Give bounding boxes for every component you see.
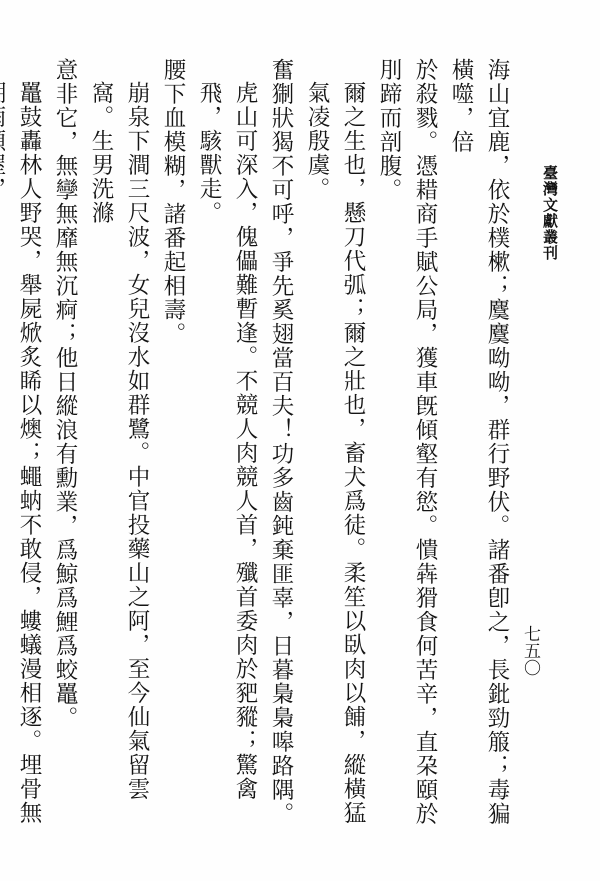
text-column: 意非它，無孿無靡無沉痾；他日縱浪有勳業，爲鯨爲鯉爲蛟鼉。	[47, 58, 83, 848]
page-number: 七五〇	[518, 625, 543, 676]
text-column: 於殺戮。憑耤商手賦公局，獲車旣傾壑有慾。憒犇猾食何苦辛，直朶頤於刖蹄而剖腹。	[371, 58, 443, 848]
text-column: 崩泉下澗三尺波，女兒沒水如群鷺。中官投藥山之阿，至今仙氣留雲窩。生男洗滌	[83, 58, 155, 848]
text-column: 鼉鼓轟林人野哭，舉屍焮炙睎以燠；蠅蚋不敢侵，螻蟻漫相逐。埋骨無期雨頹屋，	[0, 58, 47, 848]
vertical-body-text: 海山宜鹿，依於樸樕；麌麌呦呦，群行野伏。諸番卽之，長鈚勁箙；毒猵橫噬，倍 於殺戮…	[0, 58, 515, 848]
text-column: 爾之生也，懸刀代弧；爾之壯也，畜犬爲徒。柔笙以臥肉以餔，縱橫猛氣凌殷虞。	[299, 58, 371, 848]
text-column: 虎山可深入，傀儡難暫逢。不競人肉競人首，殲首委肉於豝豵；驚禽飛，駭獸走。	[191, 58, 263, 848]
text-column: 奮猘狀猲不可呼，爭先奚翅當百夫！功多齒鈍棄匪辜，日暮梟梟嗥路隅。	[263, 58, 299, 848]
document-page: 臺灣文獻叢刊 七五〇 海山宜鹿，依於樸樕；麌麌呦呦，群行野伏。諸番卽之，長鈚勁箙…	[0, 0, 600, 881]
text-column: 腰下血模糊，諸番起相壽。	[155, 58, 191, 848]
text-column: 海山宜鹿，依於樸樕；麌麌呦呦，群行野伏。諸番卽之，長鈚勁箙；毒猵橫噬，倍	[443, 58, 515, 848]
book-series-title: 臺灣文獻叢刊	[540, 165, 561, 261]
